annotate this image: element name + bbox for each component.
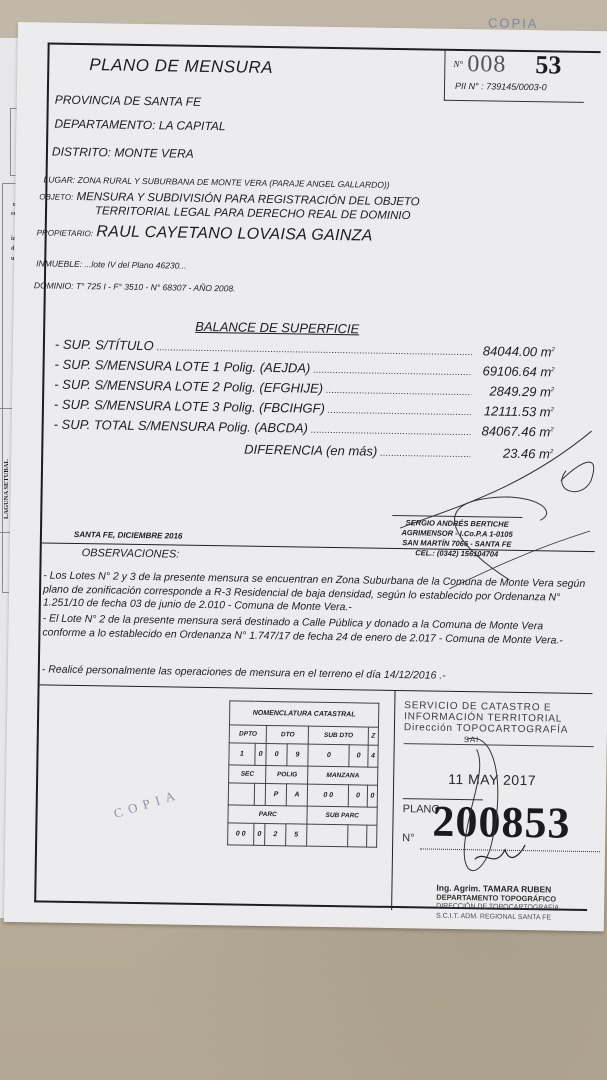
faint-copy-stamp: COPIA	[112, 786, 183, 822]
objeto-label: OBJETO:	[39, 192, 73, 202]
balance-value: 84067.46 m2	[474, 423, 554, 439]
cadastral-cell: 1	[229, 743, 255, 765]
survey-plan-document: COPIA PLANO DE MENSURA N° 008 53 PII N° …	[4, 22, 607, 931]
observation-item: - El Lote N° 2 de la presente mensura se…	[42, 612, 587, 648]
cadastral-cell: 0	[349, 785, 368, 807]
balance-value: 84044.00 m2	[475, 343, 555, 359]
stamp-office: S.C.I.T. ADM. REGIONAL SANTA FE	[436, 913, 551, 922]
document-frame: PLANO DE MENSURA N° 008 53 PII N° : 7391…	[34, 42, 600, 911]
provincia: PROVINCIA DE SANTA FE	[55, 93, 201, 109]
leader-dots: ........................................…	[313, 365, 471, 378]
cadastral-cell: 9	[287, 744, 309, 766]
cadastral-cell	[367, 825, 377, 847]
divider	[40, 684, 593, 694]
cadastral-cell: 0 0	[228, 823, 254, 845]
cadastral-cell: P	[266, 783, 287, 805]
cadastral-cell: 0	[308, 744, 349, 767]
balance-value: 2849.29 m2	[474, 383, 554, 399]
plan-number-light: 008	[467, 51, 506, 79]
cadastral-cell: 5	[285, 824, 307, 846]
cadastral-header: DTO	[267, 725, 309, 744]
cadastral-nomenclature-table: NOMENCLATURA CATASTRAL DPTO DTO SUB DTO …	[227, 700, 379, 847]
handwritten-copy-mark: COPIA	[488, 15, 539, 31]
departamento: DEPARTAMENTO: LA CAPITAL	[54, 117, 225, 134]
cadastral-header: PARC	[228, 805, 308, 824]
propietario-value: RAUL CAYETANO LOVAISA GAINZA	[96, 223, 373, 244]
leader-dots: ........................................…	[328, 405, 471, 418]
cadastral-cell	[254, 783, 266, 805]
cadastral-cell: 2	[265, 823, 286, 845]
lugar: LUGAR: ZONA RURAL Y SUBURBANA DE MONTE V…	[43, 174, 389, 189]
observation-item: - Realicé personalmente las operaciones …	[42, 663, 587, 685]
cadastral-cell: 0 0	[308, 784, 349, 807]
cadastral-cell: 0	[266, 743, 287, 765]
balance-label: - SUP. TOTAL S/MENSURA Polig. (ABCDA)	[54, 417, 309, 436]
balance-value: 69106.64 m2	[474, 363, 554, 379]
balance-difference-row: DIFERENCIA (en más).....................…	[53, 439, 553, 465]
cadastral-cell: 0	[349, 745, 368, 767]
leader-dots: ........................................	[380, 448, 470, 460]
cadastral-cell: A	[286, 784, 308, 806]
balance-label: - SUP. S/TÍTULO	[55, 337, 154, 354]
cadastral-cell	[307, 824, 348, 847]
official-registration-stamp: SERVICIO DE CATASTRO E INFORMACIÓN TERRI…	[401, 700, 604, 918]
balance-title: BALANCE DE SUPERFICIE	[195, 319, 359, 337]
pii-number: PII N° : 739145/0003-0	[455, 81, 547, 92]
plan-number-bold: 53	[535, 50, 561, 80]
cadastral-header: SUB PARC	[307, 806, 377, 825]
place-date: SANTA FE, DICIEMBRE 2016	[74, 530, 183, 541]
cadastral-header: Z	[368, 727, 378, 745]
cadastral-header: SUB DTO	[309, 726, 369, 745]
distrito: DISTRITO: MONTE VERA	[52, 145, 194, 161]
balance-label: - SUP. S/MENSURA LOTE 2 Polig. (EFGHIJE)	[54, 377, 323, 396]
cadastral-header: DPTO	[229, 725, 267, 744]
balance-value: 12111.53 m2	[474, 403, 554, 419]
cadastral-cell: 4	[368, 745, 378, 767]
lugar-label: LUGAR:	[43, 174, 75, 184]
divider	[391, 690, 395, 910]
difference-value: 23.46 m2	[473, 445, 553, 461]
balance-label: - SUP. S/MENSURA LOTE 1 Polig. (AEJDA)	[55, 357, 311, 376]
observation-item: - Los Lotes N° 2 y 3 de la presente mens…	[43, 569, 589, 618]
cadastral-header: MANZANA	[308, 766, 378, 785]
leader-dots: ........................................…	[326, 385, 471, 398]
cadastral-cell: 0	[367, 785, 377, 807]
number-label: N°	[453, 59, 463, 69]
plan-number-box: N° 008 53 PII N° : 739145/0003-0	[444, 51, 585, 103]
leader-dots: ........................................…	[311, 425, 471, 439]
surveyor-signature-block: SERGIO ANDRÉS BERTICHE AGRIMENSOR - I.Co…	[392, 515, 523, 560]
balance-label: - SUP. S/MENSURA LOTE 3 Polig. (FBCIHGF)	[54, 397, 325, 416]
objeto-line-2: TERRITORIAL LEGAL PARA DERECHO REAL DE D…	[95, 205, 411, 222]
difference-label: DIFERENCIA (en más)	[244, 442, 377, 459]
registered-plan-number: 200853	[432, 796, 571, 849]
lugar-value: ZONA RURAL Y SUBURBANA DE MONTE VERA (PA…	[77, 175, 389, 190]
cadastral-cell: 0	[253, 823, 265, 845]
stamp-date: 11 MAY 2017	[448, 771, 536, 788]
lake-label: LAGUNA SETUBAL	[3, 459, 10, 519]
propietario: PROPIETARIO: RAUL CAYETANO LOVAISA GAINZ…	[37, 222, 373, 245]
stamp-department: DEPARTAMENTO TOPOGRÁFICO	[436, 893, 556, 904]
cadastral-cell	[228, 783, 254, 805]
observations-title: OBSERVACIONES:	[82, 547, 180, 561]
number-label: N°	[402, 832, 415, 844]
cadastral-cell: 0	[255, 743, 267, 765]
cadastral-cell	[348, 825, 367, 847]
cadastral-header: SEC	[229, 765, 267, 784]
dominio: DOMINIO: T° 725 I - F° 3510 - N° 68307 -…	[34, 280, 236, 293]
stamp-direction: DIRECCIÓN DE TOPOCARTOGRAFÍA	[436, 903, 559, 912]
cadastral-header: POLIG	[266, 765, 308, 784]
cadastral-title: NOMENCLATURA CATASTRAL	[229, 701, 378, 727]
inmueble: INMUEBLE: ...lote IV del Plano 46230...	[36, 258, 186, 270]
document-title: PLANO DE MENSURA	[89, 55, 273, 78]
propietario-label: PROPIETARIO:	[37, 228, 93, 238]
leader-dots: ........................................…	[157, 342, 472, 358]
dotted-line	[420, 848, 600, 852]
